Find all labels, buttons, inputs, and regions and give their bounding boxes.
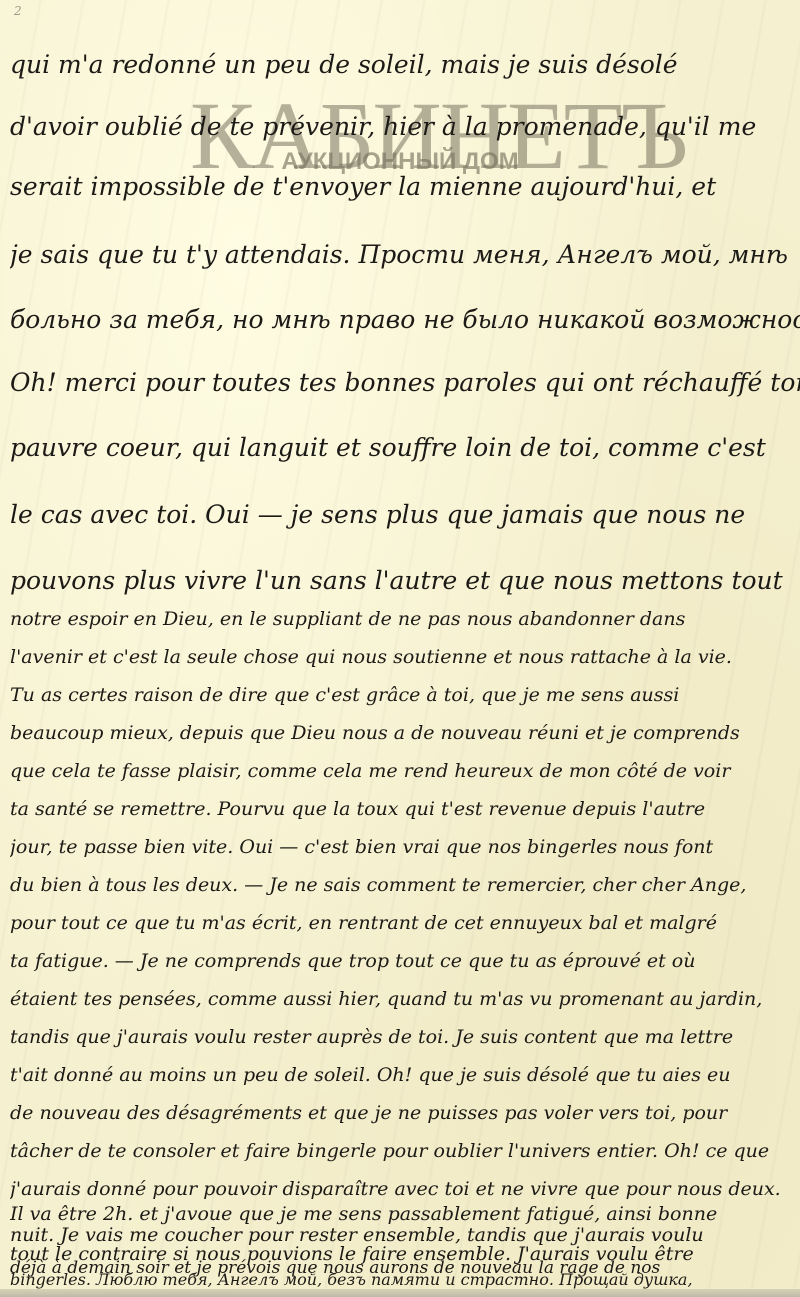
letter-line: Oh! merci pour toutes tes bonnes paroles… (10, 368, 800, 397)
letter-line: ta santé se remettre. Pourvu que la toux… (10, 798, 800, 820)
letter-line: j'aurais donné pour pouvoir disparaître … (10, 1178, 800, 1200)
letter-line: que cela te fasse plaisir, comme cela me… (10, 760, 800, 782)
letter-line: je sais que tu t'y attendais. Прости мен… (10, 240, 800, 269)
letter-line: qui m'a redonné un peu de soleil, mais j… (10, 50, 800, 79)
letter-line: le cas avec toi. Oui — je sens plus que … (10, 500, 800, 529)
letter-line: jour, te passe bien vite. Oui — c'est bi… (10, 836, 800, 858)
letter-line: pouvons plus vivre l'un sans l'autre et … (10, 566, 800, 595)
letter-line: t'ait donné au moins un peu de soleil. O… (10, 1064, 800, 1086)
letter-line: l'avenir et c'est la seule chose qui nou… (10, 646, 800, 668)
letter-line: pauvre coeur, qui languit et souffre loi… (10, 433, 800, 462)
letter-line: больно за тебя, но мнѣ право не было ник… (10, 305, 800, 334)
letter-line: notre espoir en Dieu, en le suppliant de… (10, 608, 800, 630)
letter-line: tâcher de te consoler et faire bingerle … (10, 1140, 800, 1162)
letter-line: Tu as certes raison de dire que c'est gr… (10, 684, 800, 706)
paper-bottom-edge (0, 1289, 800, 1297)
letter-line: pour tout ce que tu m'as écrit, en rentr… (10, 912, 800, 934)
letter-line: beaucoup mieux, depuis que Dieu nous a d… (10, 722, 800, 744)
letter-line: de nouveau des désagréments et que je ne… (10, 1102, 800, 1124)
letter-line: tandis que j'aurais voulu rester auprès … (10, 1026, 800, 1048)
letter-line: serait impossible de t'envoyer la mienne… (10, 172, 800, 201)
letter-line: ta fatigue. — Je ne comprends que trop t… (10, 950, 800, 972)
letter-line: du bien à tous les deux. — Je ne sais co… (10, 874, 800, 896)
letter-line: étaient tes pensées, comme aussi hier, q… (10, 988, 800, 1010)
letter-line: bingerles. Люблю тебя, Ангелъ мой, безъ … (10, 1270, 800, 1289)
letter-line: Il va être 2h. et j'avoue que je me sens… (10, 1203, 800, 1225)
letter-line: d'avoir oublié de te prévenir, hier à la… (10, 112, 800, 141)
page-number: 2 (14, 4, 22, 18)
